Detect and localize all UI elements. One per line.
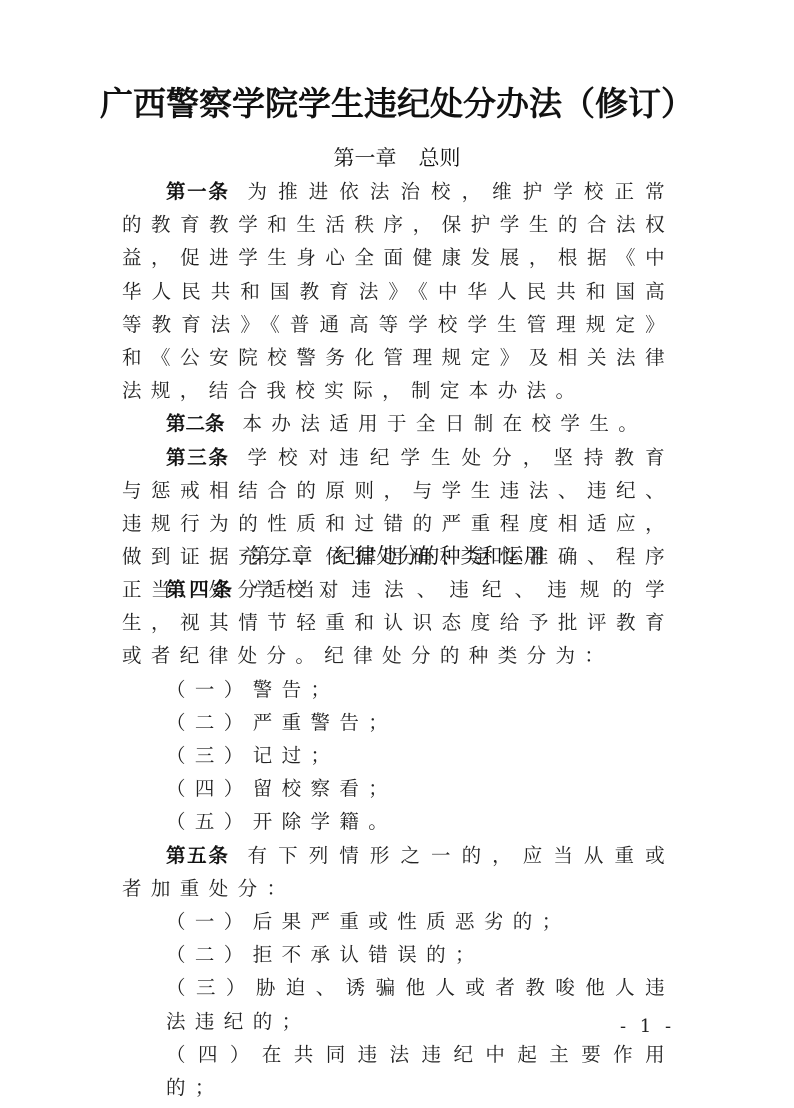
list-item: （四）留校察看；	[122, 772, 674, 805]
article-label: 第一条	[166, 180, 230, 203]
chapter-number: 第二章	[250, 544, 313, 568]
article-label: 第五条	[166, 844, 230, 867]
chapter-number: 第一章	[334, 146, 397, 170]
list-item: （三）记过；	[122, 739, 674, 772]
chapter-name: 总则	[419, 146, 461, 170]
chapter-name: 纪律处分的种类和运用	[335, 544, 545, 568]
list-item: （五）开除学籍。	[122, 805, 674, 838]
document-title: 广西警察学院学生违纪处分办法（修订）	[0, 82, 794, 126]
article-label: 第二条	[166, 412, 225, 435]
article-2: 第二条本办法适用于全日制在校学生。	[122, 407, 674, 440]
article-1: 第一条为推进依法治校，维护学校正常的教育教学和生活秩序，保护学生的合法权益，促进…	[122, 175, 674, 407]
list-item: （二）严重警告；	[122, 706, 674, 739]
list-item: （一）后果严重或性质恶劣的；	[122, 905, 674, 938]
chapter-heading-2: 第二章纪律处分的种类和运用	[0, 540, 794, 572]
list-item: （一）警告；	[122, 673, 674, 706]
article-label: 第三条	[166, 446, 230, 469]
chapter-2-body: 第四条学校对违法、违纪、违规的学生，视其情节轻重和认识态度给予批评教育或者纪律处…	[122, 573, 674, 1104]
list-item: （三）胁迫、诱骗他人或者教唆他人违法违纪的；	[122, 971, 674, 1037]
page-number: - 1 -	[620, 1016, 675, 1037]
article-text: 本办法适用于全日制在校学生。	[243, 412, 648, 435]
document-page: 广西警察学院学生违纪处分办法（修订） 第一章总则 第一条为推进依法治校，维护学校…	[0, 0, 794, 1108]
chapter-heading-1: 第一章总则	[0, 142, 794, 174]
article-text: 为推进依法治校，维护学校正常的教育教学和生活秩序，保护学生的合法权益，促进学生身…	[122, 180, 674, 402]
list-item: （二）拒不承认错误的；	[122, 938, 674, 971]
article-4: 第四条学校对违法、违纪、违规的学生，视其情节轻重和认识态度给予批评教育或者纪律处…	[122, 573, 674, 673]
article-label: 第四条	[166, 578, 236, 601]
list-item: （四）在共同违法违纪中起主要作用的；	[122, 1038, 674, 1104]
article-5: 第五条有下列情形之一的，应当从重或者加重处分：	[122, 839, 674, 905]
